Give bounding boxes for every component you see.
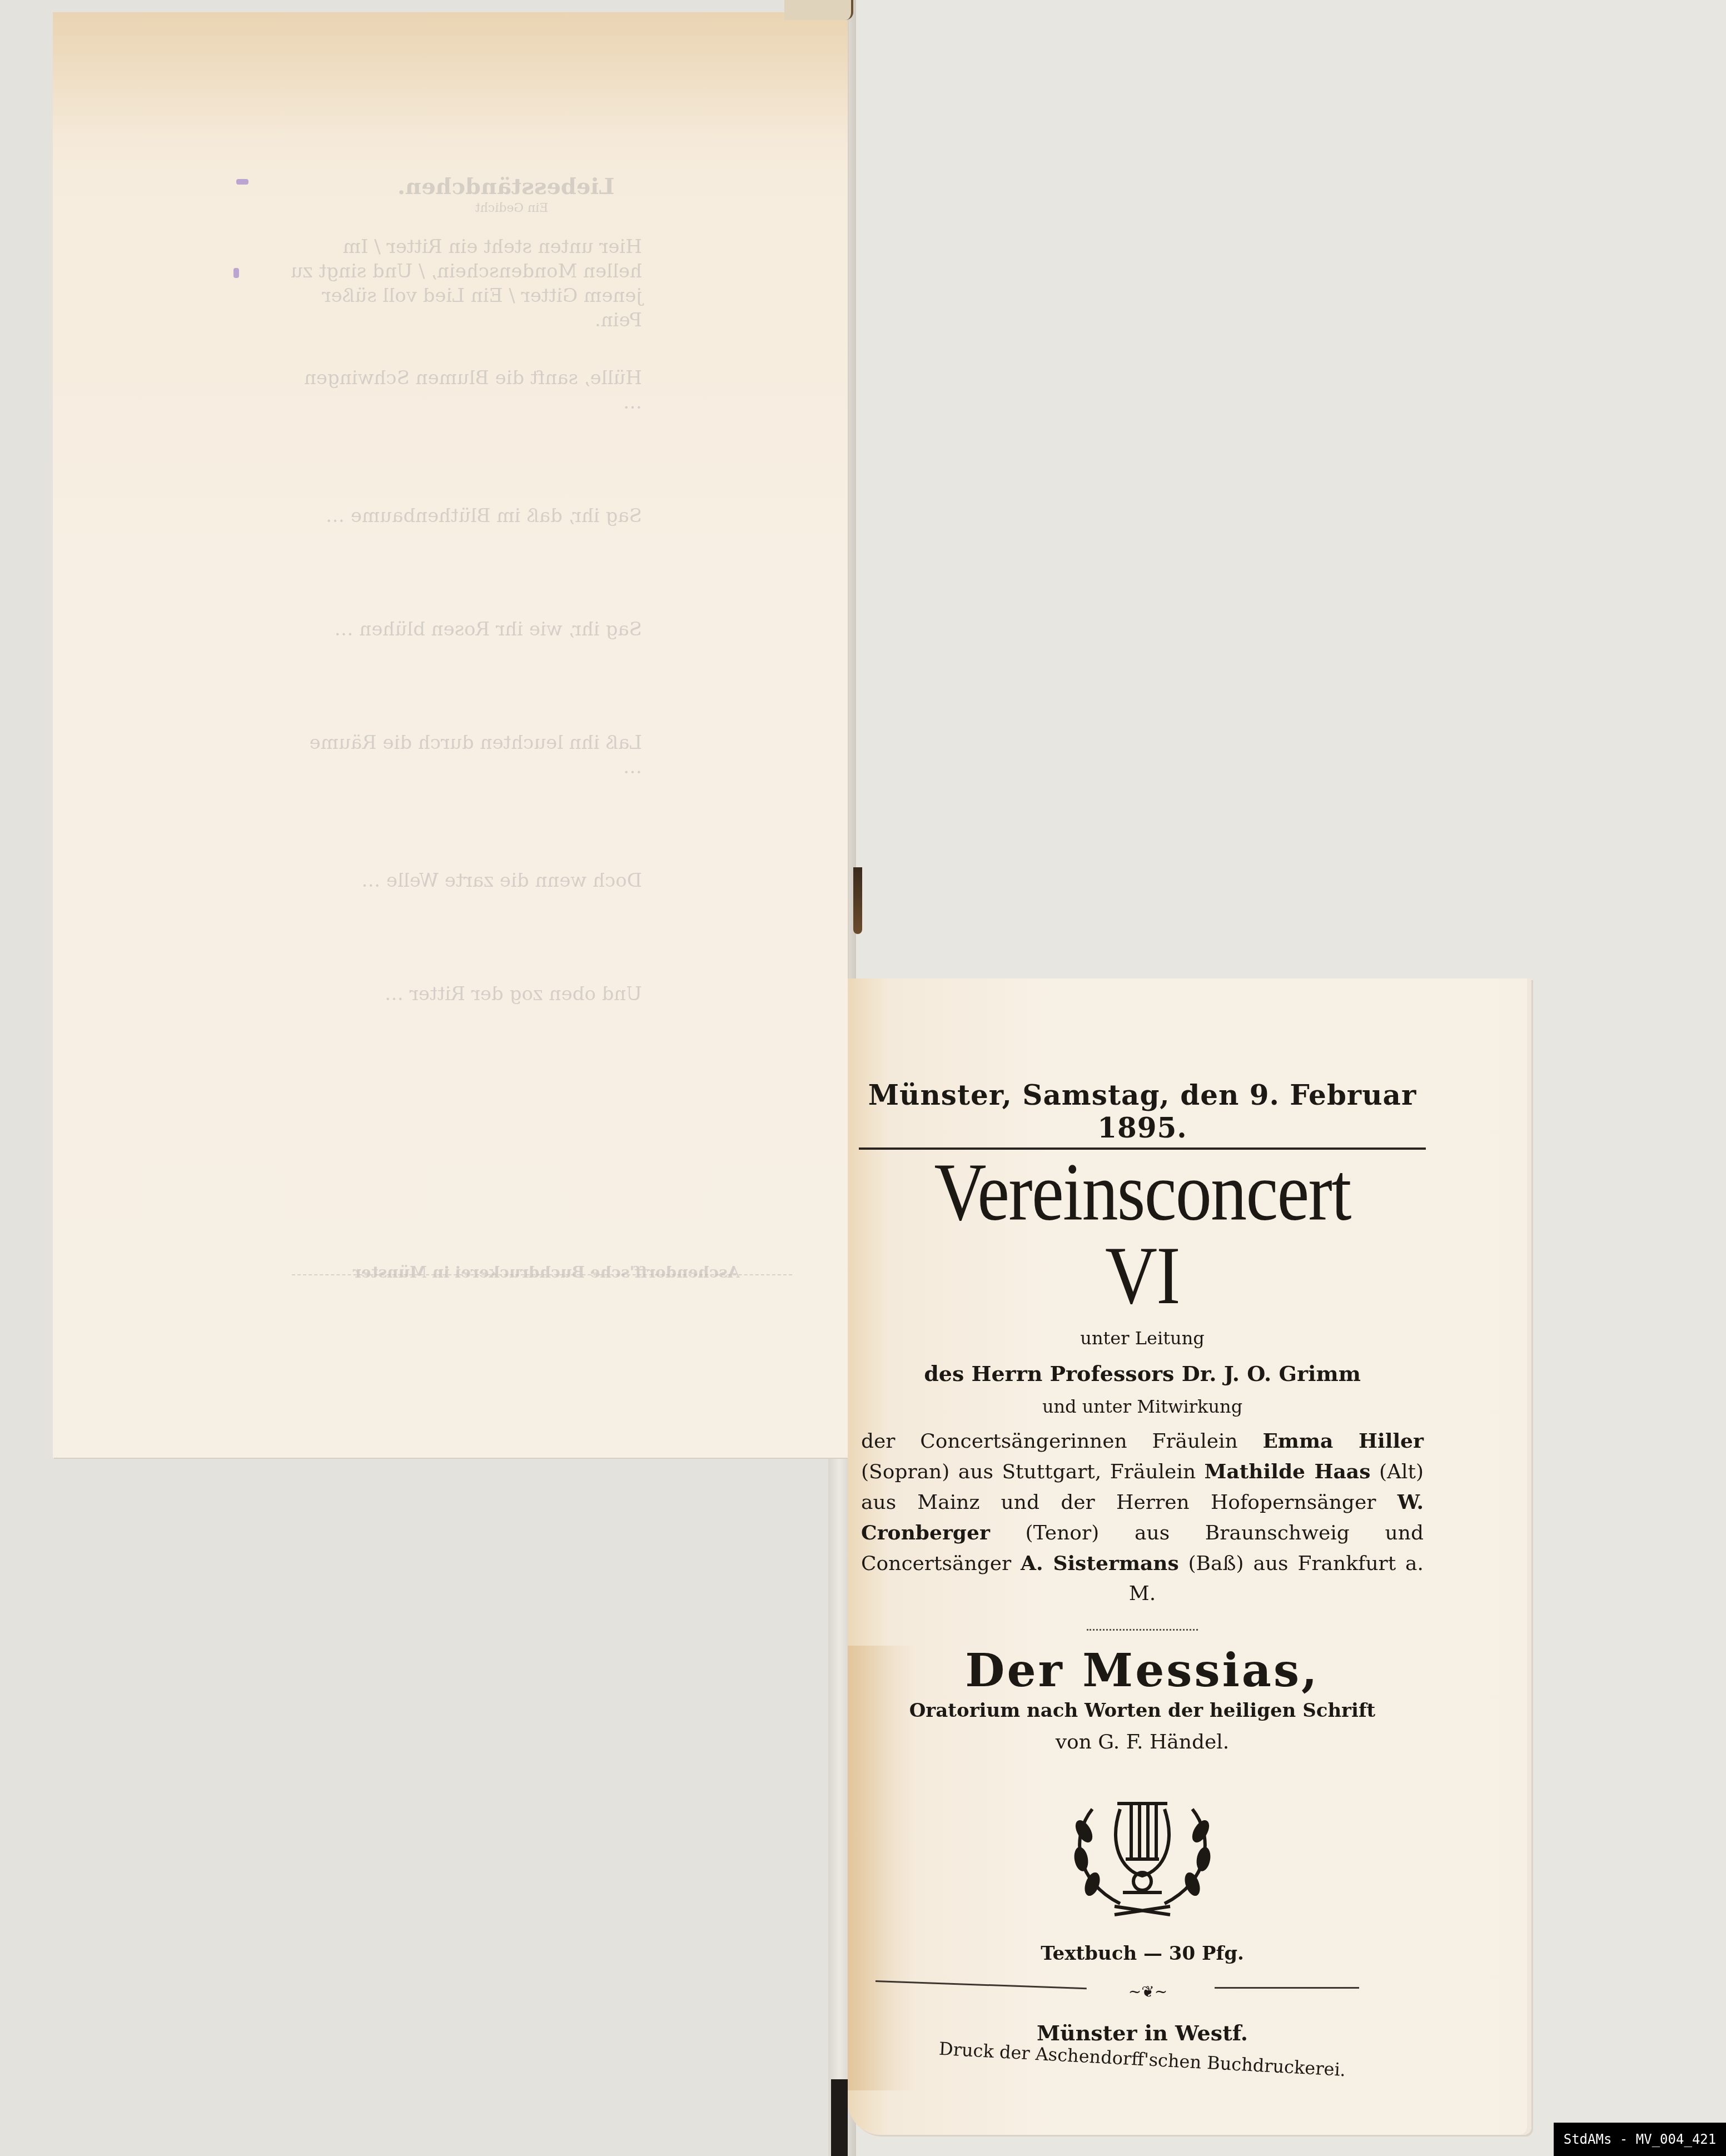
rule-right: [1215, 1987, 1359, 1989]
verse: Doch wenn die zarte Welle …: [286, 868, 642, 893]
verse: Laß ihn leuchten durch die Räume …: [286, 731, 642, 779]
verse: Hier unten steht ein Ritter / Im hellen …: [286, 235, 642, 332]
verse: Sag ihr, daß im Blüthenbaume …: [286, 504, 642, 528]
ink-mark: [236, 179, 248, 185]
bleed-through-verses: Hier unten steht ein Ritter / Im hellen …: [286, 235, 642, 1006]
performers: der Concertsängerinnen Fräulein Emma Hil…: [859, 1426, 1426, 1609]
ornament-icon: ~❦~: [1092, 1983, 1203, 2001]
concert-title: Vereinsconcert VI: [893, 1151, 1392, 1318]
water-stain: [53, 12, 848, 146]
wavy-divider: [1087, 1623, 1198, 1631]
ink-mark: [233, 268, 239, 278]
verse: Und oben zog der Ritter …: [286, 982, 642, 1006]
verse: Sag ihr, wie ihr Rosen blühen …: [286, 617, 642, 642]
left-page: Liebesständchen. Ein Gedicht Hier unten …: [53, 12, 848, 1458]
page-corner-tab: [784, 0, 853, 20]
lyre-wreath-icon: [1059, 1776, 1226, 1920]
title-page-content: Münster, Samstag, den 9. Februar 1895. V…: [859, 1079, 1426, 2070]
ornamental-rule: ~❦~: [859, 1979, 1426, 1996]
singer-name: Emma Hiller: [1262, 1429, 1424, 1453]
cooperation-intro: und unter Mitwirkung: [859, 1396, 1426, 1417]
performers-text: der Concertsängerinnen Fräulein: [861, 1430, 1262, 1453]
work-subtitle: Oratorium nach Worten der heiligen Schri…: [859, 1700, 1426, 1722]
performers-text: (Sopran) aus Stuttgart, Fräulein: [861, 1460, 1205, 1483]
composer: von G. F. Händel.: [859, 1731, 1426, 1753]
work-title: Der Messias,: [859, 1644, 1426, 1697]
weekday: Samstag,: [1022, 1079, 1170, 1111]
binding-edge: [831, 2079, 848, 2156]
direction-intro: unter Leitung: [859, 1328, 1426, 1349]
rule-left: [876, 1980, 1087, 1989]
singer-name: A. Sistermans: [1021, 1552, 1179, 1575]
verse: Hülle, sanft die Blumen Schwingen …: [286, 366, 642, 415]
title-page: Münster, Samstag, den 9. Februar 1895. V…: [848, 978, 1531, 2135]
director: des Herrn Professors Dr. J. O. Grimm: [859, 1361, 1426, 1386]
bleed-through-title: Liebesständchen.: [397, 173, 615, 200]
singer-name: Mathilde Haas: [1205, 1460, 1371, 1483]
archive-label: StdAMs - MV_004_421: [1554, 2123, 1726, 2156]
bleed-through-footer: Aschendorff'sche Buchdruckerei in Münste…: [353, 1263, 739, 1281]
price: Textbuch — 30 Pfg.: [859, 1943, 1426, 1965]
city: Münster,: [868, 1079, 1012, 1111]
bleed-through-subtitle: Ein Gedicht: [475, 201, 548, 215]
place-date-line: Münster, Samstag, den 9. Februar 1895.: [859, 1079, 1426, 1144]
binding-thread: [853, 867, 862, 934]
